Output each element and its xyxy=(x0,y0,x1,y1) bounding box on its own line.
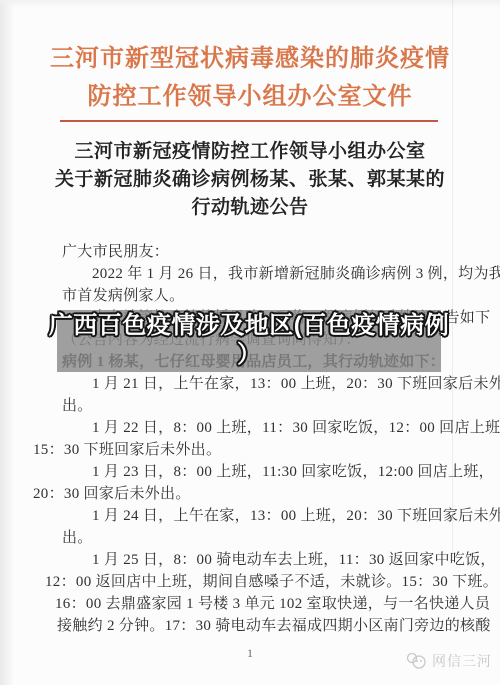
caption-line-1: 广西百色疫情涉及地区(百色疫情病例 xyxy=(48,311,450,341)
caption-line-2: ） xyxy=(48,341,450,368)
body-line: 出。 xyxy=(0,395,500,417)
body-line: 20：30 回家后未外出。 xyxy=(0,483,500,505)
document-title-line-1: 三河市新冠疫情防控工作领导小组办公室 xyxy=(0,138,500,166)
panda-logo-icon xyxy=(406,652,428,670)
body-line: 市首发病例家人。 xyxy=(0,285,500,307)
body-line: 2022 年 1 月 26 日，我市新增新冠肺炎确诊病例 3 例，均为我 xyxy=(0,263,500,285)
body-line: 1 月 24 日，上午在家，13：00 上班，20：30 下班回家后未外 xyxy=(0,505,500,527)
document-title: 三河市新冠疫情防控工作领导小组办公室 关于新冠肺炎确诊病例杨某、张某、郭某某的 … xyxy=(0,138,500,222)
watermark: 网信三河 xyxy=(406,651,492,671)
watermark-label: 网信三河 xyxy=(432,651,492,671)
letterhead-divider-rule xyxy=(60,120,438,122)
document-title-line-2: 关于新冠肺炎确诊病例杨某、张某、郭某某的 xyxy=(0,166,500,194)
body-line: 1 月 23 日，8：00 上班，11:30 回家吃饭，12:00 回店上班， xyxy=(0,461,500,483)
body-line: 1 月 22 日，8：00 上班，11：30 回家吃饭，12：00 回店上班， xyxy=(0,417,500,439)
scanned-document-photo: 三河市新型冠状病毒感染的肺炎疫情 防控工作领导小组办公室文件 三河市新冠疫情防控… xyxy=(0,0,500,685)
body-line: 1 月 25 日，8：00 骑电动车去上班，11：30 返回家中吃饭， xyxy=(0,549,500,571)
letterhead-title: 三河市新型冠状病毒感染的肺炎疫情 防控工作领导小组办公室文件 xyxy=(0,40,500,116)
body-line: 1 月 21 日，上午在家，13：00 上班，20：30 下班回家后未外 xyxy=(0,373,500,395)
photo-top-edge-shadow xyxy=(0,0,500,8)
body-line: 15：30 下班回家后未外出。 xyxy=(0,439,500,461)
document-body: 广大市民朋友： 2022 年 1 月 26 日，我市新增新冠肺炎确诊病例 3 例… xyxy=(0,241,500,637)
letterhead-line-2: 防控工作领导小组办公室文件 xyxy=(0,78,500,116)
body-line: 16：00 去鼎盛家园 1 号楼 3 单元 102 室取快递，与一名快递人员 xyxy=(0,593,500,615)
letterhead-line-1: 三河市新型冠状病毒感染的肺炎疫情 xyxy=(0,40,500,78)
body-line: 出。 xyxy=(0,527,500,549)
body-line: 12：00 返回店中上班，期间自感嗓子不适，未就诊。15：30 下班。 xyxy=(0,571,500,593)
document-title-line-3: 行动轨迹公告 xyxy=(0,194,500,222)
body-line: 广大市民朋友： xyxy=(0,241,500,263)
caption-overlay-text: 广西百色疫情涉及地区(百色疫情病例 ） xyxy=(48,311,450,368)
body-line: 接触约 2 分钟。17：30 骑电动车去福成四期小区南门旁边的核酸 xyxy=(0,615,500,637)
